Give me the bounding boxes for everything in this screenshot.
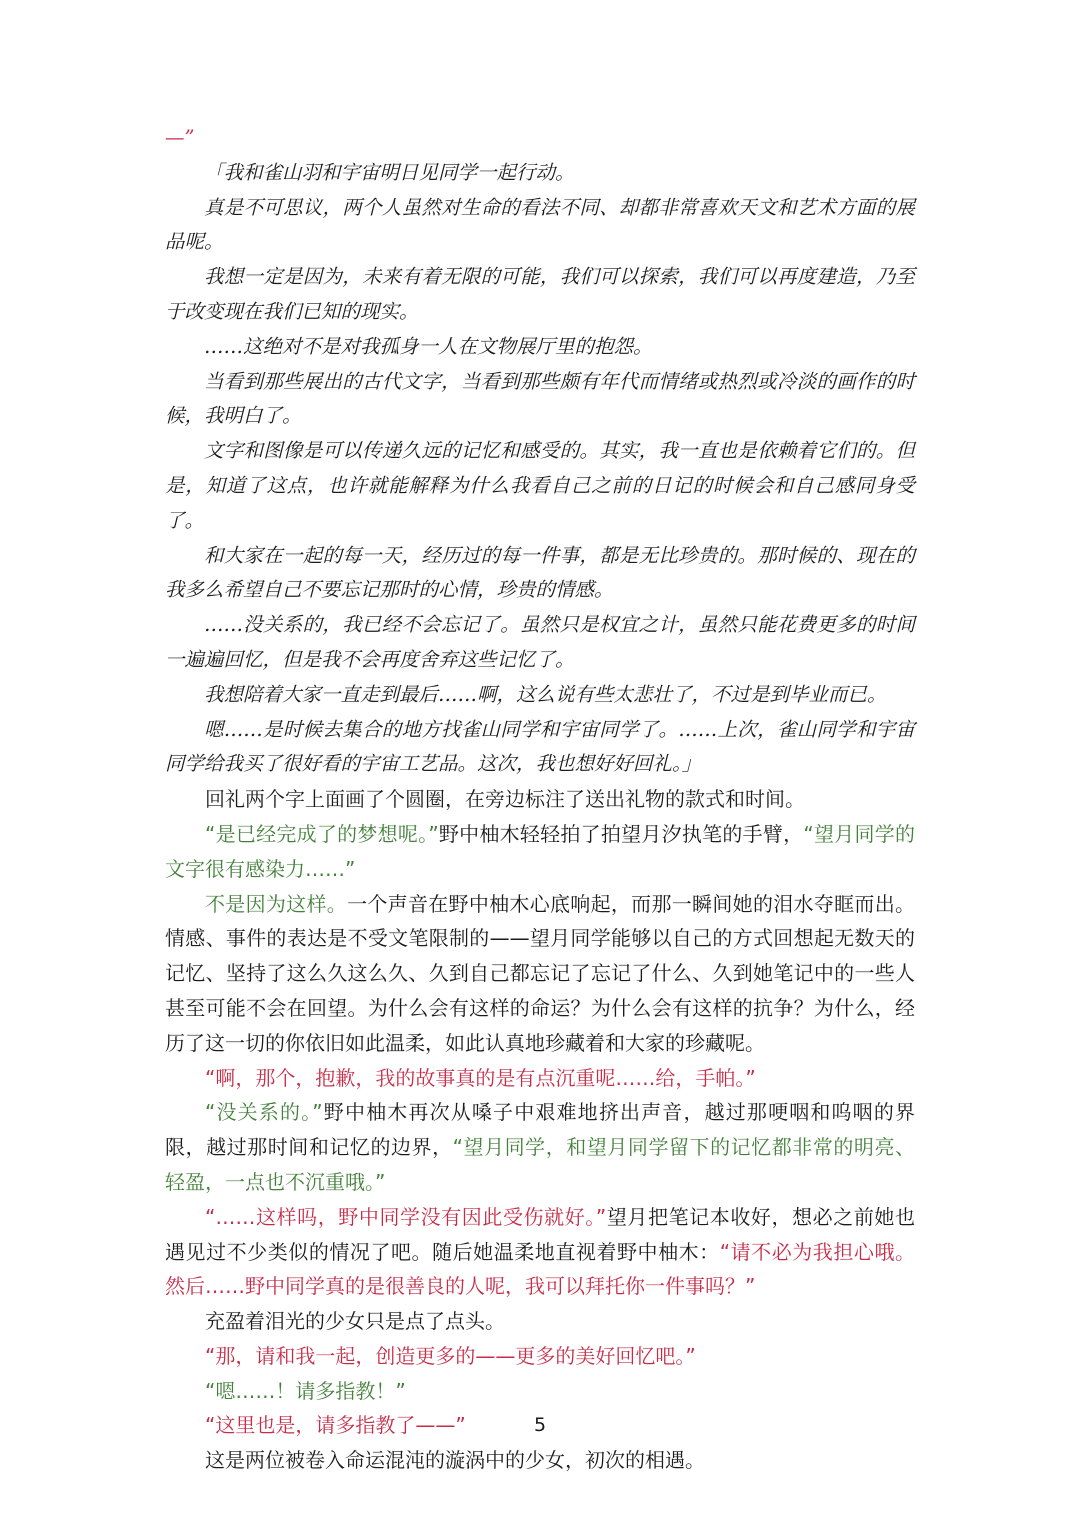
page-number: 5	[534, 1414, 546, 1436]
text-segment: 文字和图像是可以传递久远的记忆和感受的。其实，我一直也是依赖着它们的。但是，知道…	[165, 439, 915, 532]
paragraph: “……这样吗，野中同学没有因此受伤就好。”望月把笔记本收好，想必之前她也遇见过不…	[165, 1200, 915, 1304]
text-segment: “……这样吗，野中同学没有因此受伤就好。”	[205, 1205, 606, 1229]
paragraph: 嗯……是时候去集合的地方找雀山同学和宇宙同学了。……上次，雀山同学和宇宙同学给我…	[165, 713, 915, 783]
text-segment: 我想一定是因为，未来有着无限的可能，我们可以探索，我们可以再度建造，乃至于改变现…	[165, 265, 915, 323]
paragraph: 真是不可思议，两个人虽然对生命的看法不同、却都非常喜欢天文和艺术方面的展品呢。	[165, 191, 915, 261]
text-segment: 回礼两个字上面画了个圆圈，在旁边标注了送出礼物的款式和时间。	[205, 787, 805, 811]
paragraph: 充盈着泪光的少女只是点了点头。	[165, 1304, 915, 1339]
paragraph: 我想一定是因为，未来有着无限的可能，我们可以探索，我们可以再度建造，乃至于改变现…	[165, 260, 915, 330]
page-footer: 5	[0, 1414, 1080, 1436]
paragraph: “那，请和我一起，创造更多的——更多的美好回忆吧。”	[165, 1339, 915, 1374]
text-segment: “是已经完成了的梦想呢。”	[205, 822, 439, 846]
paragraph: “啊，那个，抱歉，我的故事真的是有点沉重呢……给，手帕。”	[165, 1061, 915, 1096]
text-segment: 野中柚木轻轻拍了拍望月汐执笔的手臂，	[439, 822, 804, 846]
document-page: —”「我和雀山羽和宇宙明日见同学一起行动。真是不可思议，两个人虽然对生命的看法不…	[0, 0, 1080, 1527]
paragraph: 回礼两个字上面画了个圆圈，在旁边标注了送出礼物的款式和时间。	[165, 782, 915, 817]
text-segment: “啊，那个，抱歉，我的故事真的是有点沉重呢……给，手帕。”	[205, 1066, 756, 1090]
paragraph: “没关系的。”野中柚木再次从嗓子中艰难地挤出声音，越过那哽咽和呜咽的界限，越过那…	[165, 1095, 915, 1199]
paragraph: 和大家在一起的每一天，经历过的每一件事，都是无比珍贵的。那时候的、现在的我多么希…	[165, 539, 915, 609]
paragraph: “嗯……！请多指教！”	[165, 1374, 915, 1409]
document-body: —”「我和雀山羽和宇宙明日见同学一起行动。真是不可思议，两个人虽然对生命的看法不…	[165, 121, 915, 1478]
text-segment: 充盈着泪光的少女只是点了点头。	[205, 1309, 505, 1333]
text-segment: 真是不可思议，两个人虽然对生命的看法不同、却都非常喜欢天文和艺术方面的展品呢。	[165, 196, 915, 254]
text-segment: ……这绝对不是对我孤身一人在文物展厅里的抱怨。	[204, 335, 653, 358]
text-segment: 一个声音在野中柚木心底响起，而那一瞬间她的泪水夺眶而出。情感、事件的表达是不受文…	[165, 892, 915, 1055]
text-segment: 不是因为这样。	[205, 892, 347, 916]
paragraph: —”	[165, 121, 915, 156]
text-segment: “嗯……！请多指教！”	[205, 1379, 406, 1403]
text-segment: 和大家在一起的每一天，经历过的每一件事，都是无比珍贵的。那时候的、现在的我多么希…	[165, 544, 915, 602]
paragraph: 「我和雀山羽和宇宙明日见同学一起行动。	[165, 156, 915, 191]
text-segment: 「我和雀山羽和宇宙明日见同学一起行动。	[204, 161, 575, 184]
paragraph: 这是两位被卷入命运混沌的漩涡中的少女，初次的相遇。	[165, 1443, 915, 1478]
paragraph: “是已经完成了的梦想呢。”野中柚木轻轻拍了拍望月汐执笔的手臂，“望月同学的文字很…	[165, 817, 915, 887]
text-segment: 嗯……是时候去集合的地方找雀山同学和宇宙同学了。……上次，雀山同学和宇宙同学给我…	[165, 718, 915, 776]
text-segment: “那，请和我一起，创造更多的——更多的美好回忆吧。”	[205, 1344, 696, 1368]
paragraph: ……没关系的，我已经不会忘记了。虽然只是权宜之计，虽然只能花费更多的时间一遍遍回…	[165, 608, 915, 678]
text-segment: —”	[165, 126, 194, 149]
text-segment: 我想陪着大家一直走到最后……啊，这么说有些太悲壮了，不过是到毕业而已。	[204, 683, 887, 706]
paragraph: 我想陪着大家一直走到最后……啊，这么说有些太悲壮了，不过是到毕业而已。	[165, 678, 915, 713]
paragraph: 不是因为这样。一个声音在野中柚木心底响起，而那一瞬间她的泪水夺眶而出。情感、事件…	[165, 887, 915, 1061]
text-segment: 这是两位被卷入命运混沌的漩涡中的少女，初次的相遇。	[205, 1448, 705, 1472]
text-segment: “没关系的。”	[205, 1100, 323, 1124]
paragraph: 文字和图像是可以传递久远的记忆和感受的。其实，我一直也是依赖着它们的。但是，知道…	[165, 434, 915, 538]
paragraph: ……这绝对不是对我孤身一人在文物展厅里的抱怨。	[165, 330, 915, 365]
text-segment: ……没关系的，我已经不会忘记了。虽然只是权宜之计，虽然只能花费更多的时间一遍遍回…	[165, 613, 915, 671]
text-segment: 当看到那些展出的古代文字，当看到那些颇有年代而情绪或热烈或冷淡的画作的时候，我明…	[165, 370, 915, 428]
paragraph: 当看到那些展出的古代文字，当看到那些颇有年代而情绪或热烈或冷淡的画作的时候，我明…	[165, 365, 915, 435]
